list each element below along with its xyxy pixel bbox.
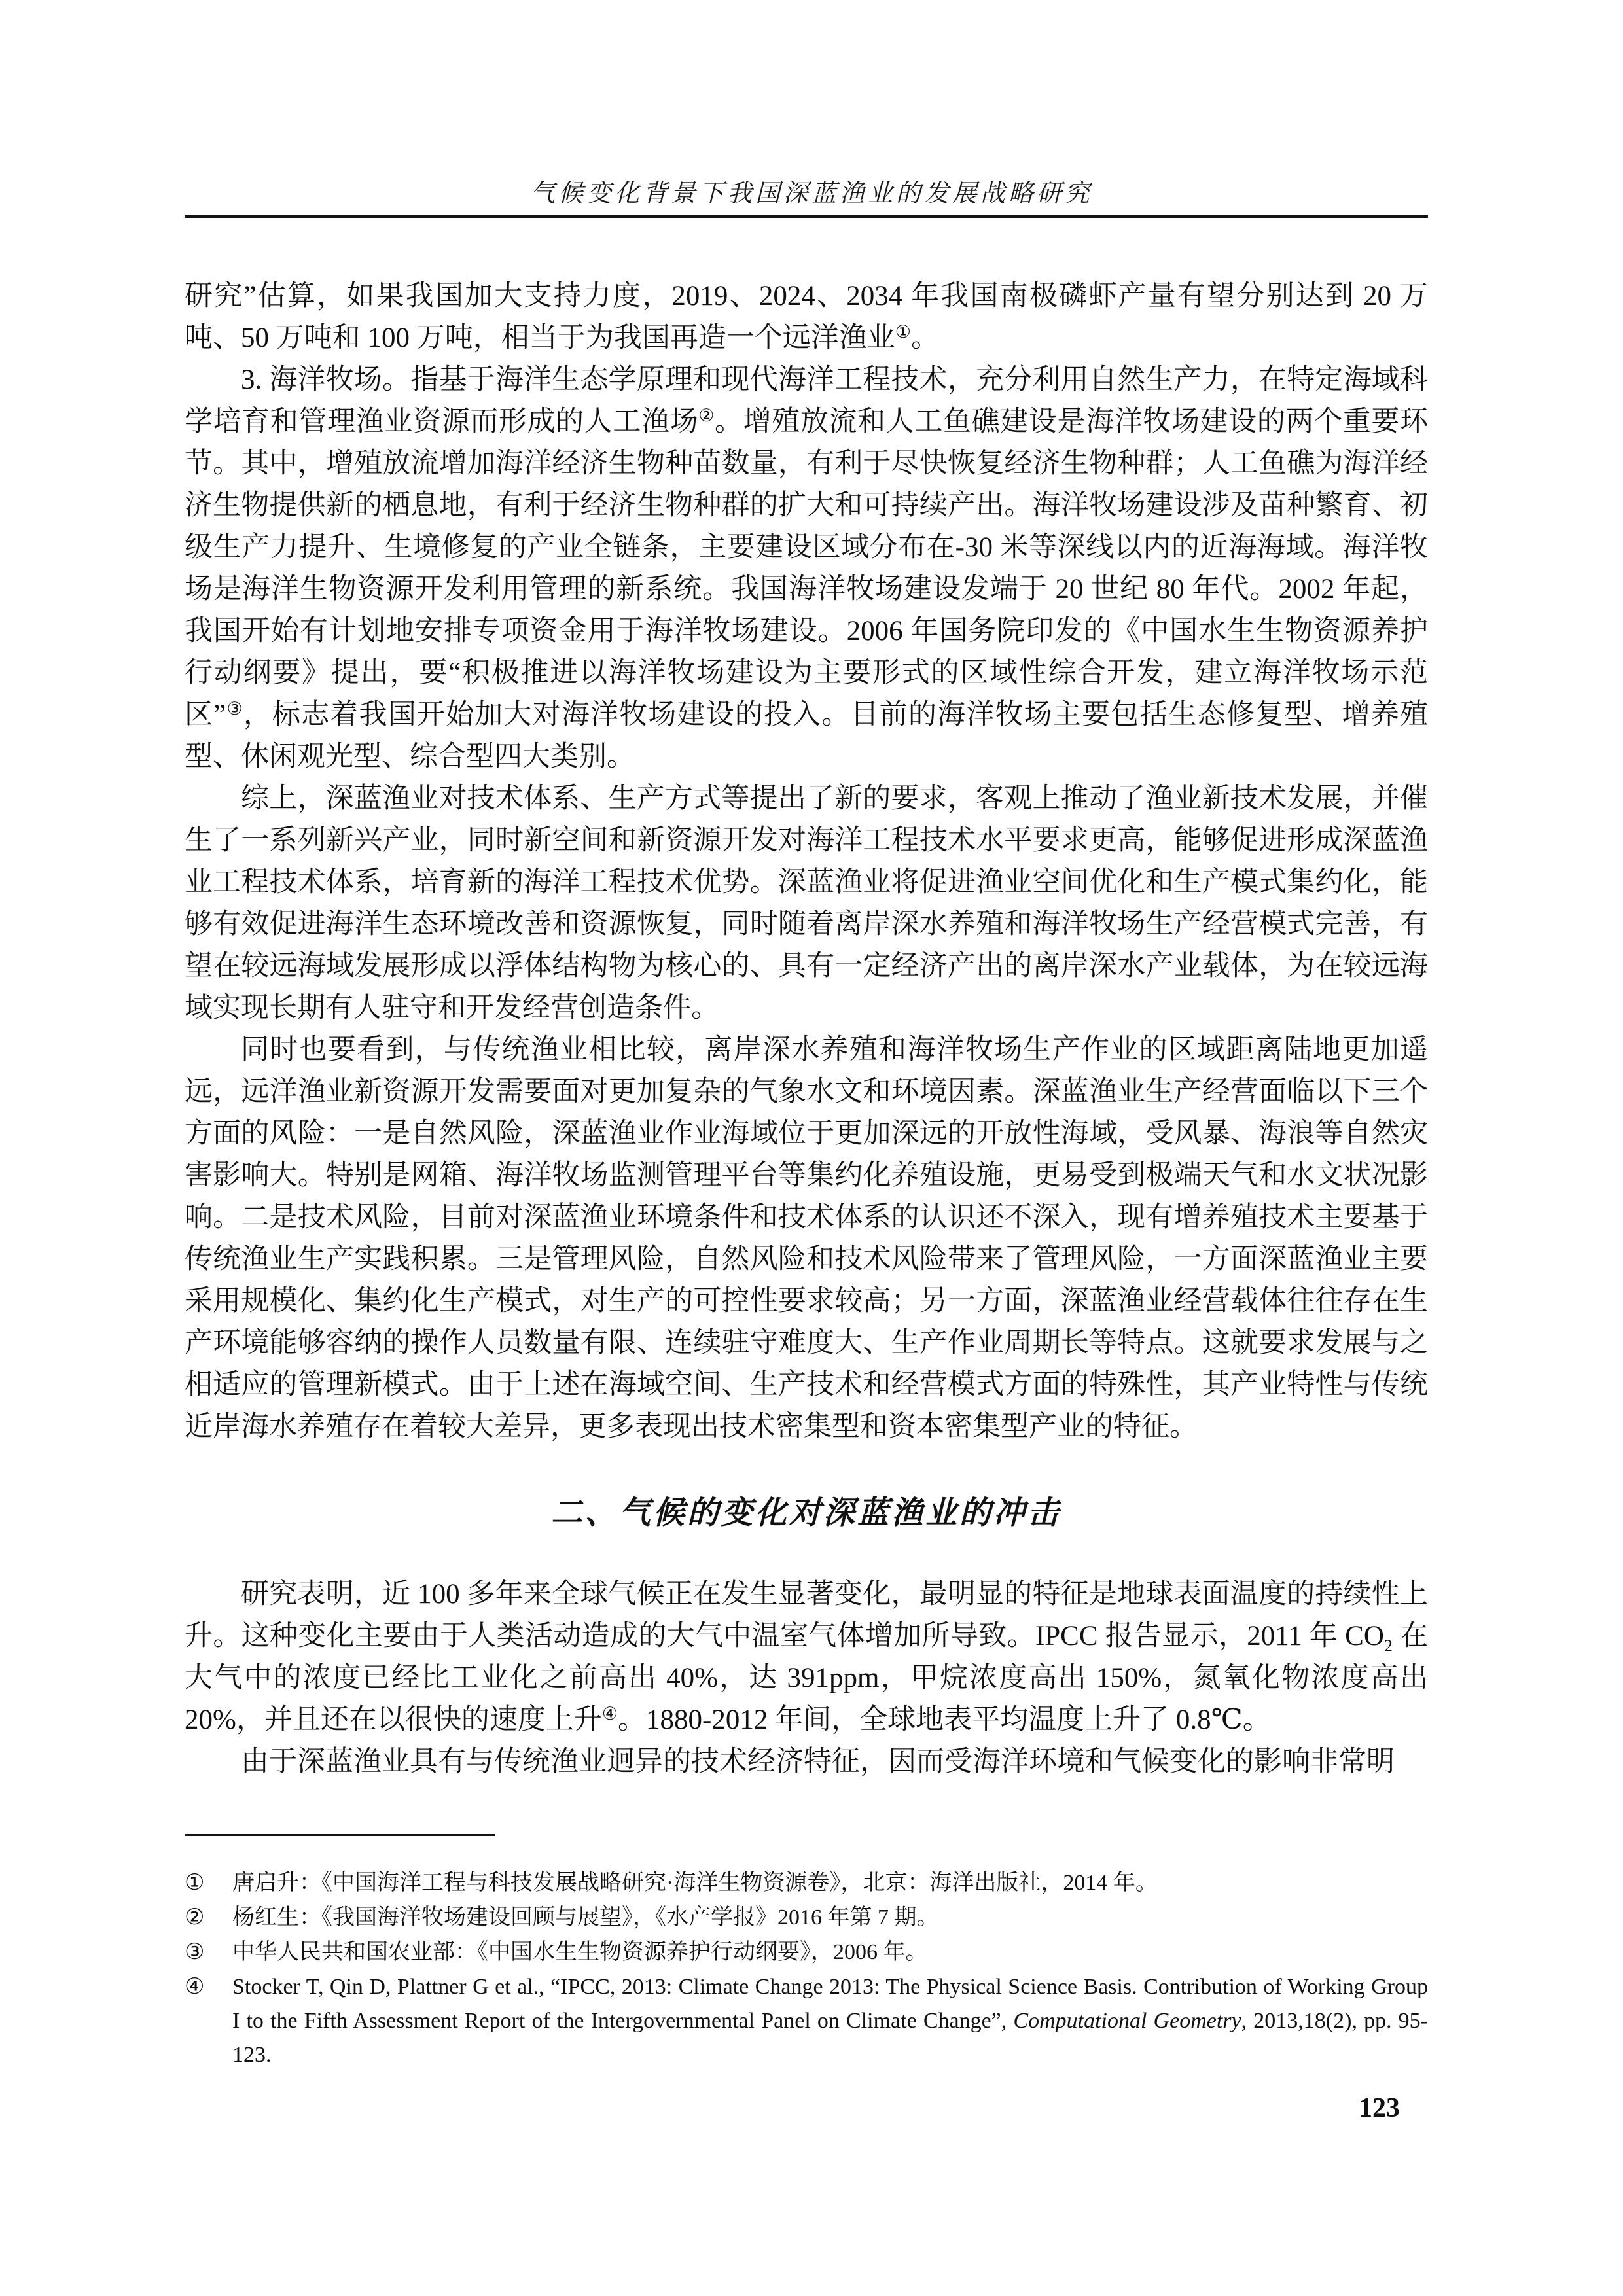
body-paragraph: 同时也要看到，与传统渔业相比较，离岸深水养殖和海洋牧场生产作业的区域距离陆地更加…: [185, 1029, 1428, 1448]
text-run: 中华人民共和国农业部：《中国水生生物资源养护行动纲要》，2006 年。: [232, 1940, 928, 1964]
chemical-subscript: 2: [1384, 1636, 1393, 1655]
footnote-marker: ①: [185, 1866, 232, 1900]
text-run: 研究”估算，如果我国加大支持力度，2019、2024、2034 年我国南极磷虾产…: [185, 281, 1428, 353]
footnote-reference: ①: [895, 322, 911, 342]
body-paragraph: 由于深蓝渔业具有与传统渔业迥异的技术经济特征，因而受海洋环境和气候变化的影响非常…: [185, 1741, 1428, 1783]
footnote-list: ①唐启升：《中国海洋工程与科技发展战略研究·海洋生物资源卷》，北京：海洋出版社，…: [185, 1866, 1428, 2072]
article-body: 研究”估算，如果我国加大支持力度，2019、2024、2034 年我国南极磷虾产…: [185, 275, 1428, 1783]
footnote-item: ③中华人民共和国农业部：《中国水生生物资源养护行动纲要》，2006 年。: [185, 1935, 1428, 1969]
footnote-text: 杨红生：《我国海洋牧场建设回顾与展望》，《水产学报》2016 年第 7 期。: [232, 1901, 1428, 1935]
text-run: 唐启升：《中国海洋工程与科技发展战略研究·海洋生物资源卷》，北京：海洋出版社，2…: [232, 1871, 1158, 1895]
footnote-reference: ④: [602, 1704, 618, 1723]
journal-title-italic: Computational Geometry: [1013, 2009, 1241, 2033]
footnote-marker: ③: [185, 1935, 232, 1969]
text-run: 同时也要看到，与传统渔业相比较，离岸深水养殖和海洋牧场生产作业的区域距离陆地更加…: [185, 1034, 1428, 1442]
paragraphs-after-heading: 研究表明，近 100 多年来全球气候正在发生显著变化，最明显的特征是地球表面温度…: [185, 1574, 1428, 1783]
footnote-item: ①唐启升：《中国海洋工程与科技发展战略研究·海洋生物资源卷》，北京：海洋出版社，…: [185, 1866, 1428, 1900]
body-paragraph: 研究表明，近 100 多年来全球气候正在发生显著变化，最明显的特征是地球表面温度…: [185, 1574, 1428, 1741]
body-paragraph: 3. 海洋牧场。指基于海洋生态学原理和现代海洋工程技术，充分利用自然生产力，在特…: [185, 359, 1428, 778]
footnote-item: ②杨红生：《我国海洋牧场建设回顾与展望》，《水产学报》2016 年第 7 期。: [185, 1901, 1428, 1935]
text-run: 。1880-2012 年间，全球地表平均温度上升了 0.8℃。: [618, 1704, 1271, 1735]
footnote-separator-rule: [185, 1834, 495, 1836]
footnote-text: Stocker T, Qin D, Plattner G et al., “IP…: [232, 1970, 1428, 2072]
footnote-item: ④Stocker T, Qin D, Plattner G et al., “I…: [185, 1970, 1428, 2072]
footnote-text: 中华人民共和国农业部：《中国水生生物资源养护行动纲要》，2006 年。: [232, 1935, 1428, 1969]
header-rule: [185, 215, 1428, 218]
footnote-marker: ②: [185, 1901, 232, 1935]
text-run: 。: [911, 323, 939, 353]
footnote-text: 唐启升：《中国海洋工程与科技发展战略研究·海洋生物资源卷》，北京：海洋出版社，2…: [232, 1866, 1428, 1900]
footnote-marker: ④: [185, 1970, 232, 2004]
paragraphs-before-heading: 研究”估算，如果我国加大支持力度，2019、2024、2034 年我国南极磷虾产…: [185, 275, 1428, 1448]
footnote-reference: ②: [698, 406, 715, 425]
text-run: 由于深蓝渔业具有与传统渔业迥异的技术经济特征，因而受海洋环境和气候变化的影响非常…: [241, 1746, 1395, 1777]
section-heading: 二、气候的变化对深蓝渔业的冲击: [185, 1490, 1428, 1537]
footnotes-block: ①唐启升：《中国海洋工程与科技发展战略研究·海洋生物资源卷》，北京：海洋出版社，…: [185, 1834, 1428, 2073]
body-paragraph: 综上，深蓝渔业对技术体系、生产方式等提出了新的要求，客观上推动了渔业新技术发展，…: [185, 778, 1428, 1029]
document-page: 气候变化背景下我国深蓝渔业的发展战略研究 研究”估算，如果我国加大支持力度，20…: [0, 0, 1623, 2296]
text-run: ，标志着我国开始加大对海洋牧场建设的投入。目前的海洋牧场主要包括生态修复型、增养…: [185, 699, 1428, 772]
footnote-reference: ③: [226, 699, 243, 718]
running-head: 气候变化背景下我国深蓝渔业的发展战略研究: [0, 173, 1623, 209]
body-paragraph: 研究”估算，如果我国加大支持力度，2019、2024、2034 年我国南极磷虾产…: [185, 275, 1428, 359]
text-run: 综上，深蓝渔业对技术体系、生产方式等提出了新的要求，客观上推动了渔业新技术发展，…: [185, 783, 1428, 1023]
text-run: 。增殖放流和人工鱼礁建设是海洋牧场建设的两个重要环节。其中，增殖放流增加海洋经济…: [185, 406, 1428, 730]
page-number: 123: [1359, 2093, 1400, 2124]
text-run: 研究表明，近 100 多年来全球气候正在发生显著变化，最明显的特征是地球表面温度…: [185, 1579, 1428, 1651]
text-run: 杨红生：《我国海洋牧场建设回顾与展望》，《水产学报》2016 年第 7 期。: [232, 1905, 939, 1930]
